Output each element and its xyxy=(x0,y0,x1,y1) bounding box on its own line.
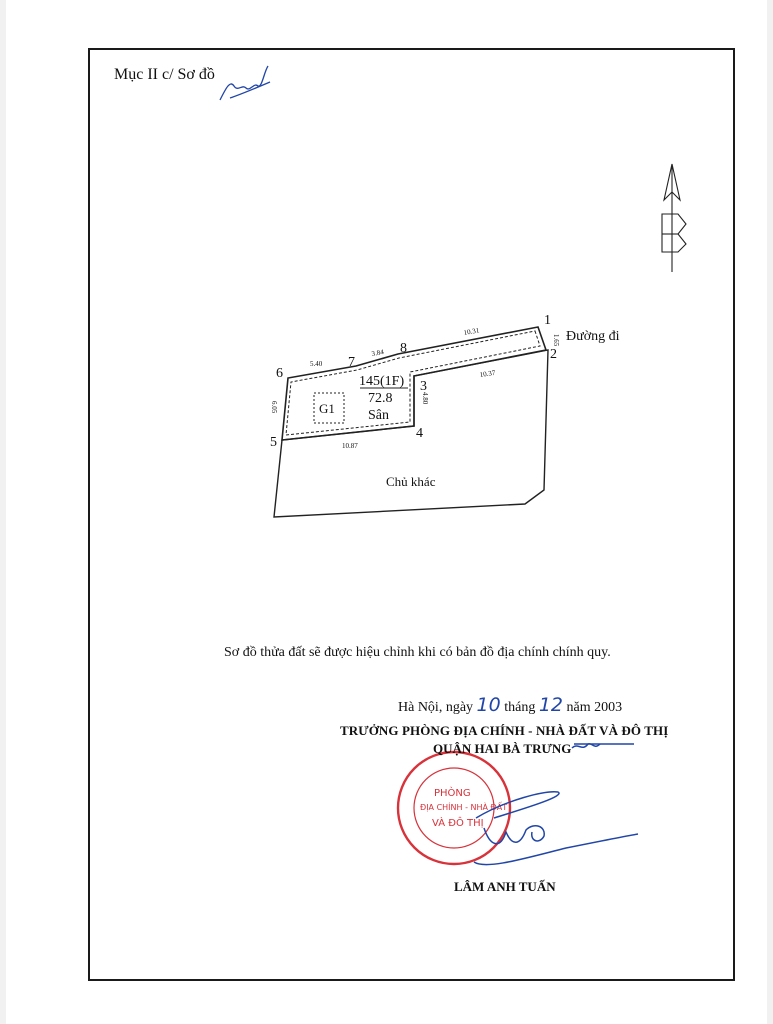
plot-diagram: 1 2 3 4 5 6 7 8 10.31 1.65 10.37 4.80 10… xyxy=(6,0,773,1024)
svg-text:Đường đi: Đường đi xyxy=(566,329,620,344)
svg-text:6: 6 xyxy=(276,366,283,381)
svg-text:2: 2 xyxy=(550,347,557,362)
official-stamp: PHÒNG ĐỊA CHÍNH - NHÀ ĐẤT VÀ ĐÔ THỊ xyxy=(398,752,510,864)
svg-text:4: 4 xyxy=(416,426,423,441)
date-year: năm 2003 xyxy=(567,700,623,715)
svg-text:1: 1 xyxy=(544,313,551,328)
neighbor-parcel xyxy=(274,350,548,517)
svg-text:5.40: 5.40 xyxy=(310,360,323,368)
authority-title: TRƯỞNG PHÒNG ĐỊA CHÍNH - NHÀ ĐẤT VÀ ĐÔ T… xyxy=(340,723,668,739)
svg-text:10.37: 10.37 xyxy=(479,369,496,379)
svg-text:6.05: 6.05 xyxy=(270,401,278,414)
date-line: Hà Nội, ngày 10 tháng 12 năm 2003 xyxy=(398,694,622,716)
north-arrow-icon xyxy=(662,164,686,272)
svg-text:ĐỊA CHÍNH - NHÀ ĐẤT: ĐỊA CHÍNH - NHÀ ĐẤT xyxy=(420,801,507,813)
authority-district: QUẬN HAI BÀ TRƯNG xyxy=(433,741,571,757)
svg-text:72.8: 72.8 xyxy=(368,391,393,406)
subject-parcel xyxy=(282,327,546,440)
initial-signature xyxy=(220,66,270,100)
svg-text:5: 5 xyxy=(270,435,277,450)
svg-text:4.80: 4.80 xyxy=(421,392,429,405)
svg-text:10.87: 10.87 xyxy=(342,442,358,450)
svg-text:145(1F): 145(1F) xyxy=(359,374,404,389)
svg-text:G1: G1 xyxy=(319,401,335,416)
date-month: 12 xyxy=(539,694,563,716)
svg-text:Sân: Sân xyxy=(368,408,389,423)
svg-text:10.31: 10.31 xyxy=(463,326,480,337)
svg-text:VÀ ĐÔ THỊ: VÀ ĐÔ THỊ xyxy=(432,816,484,829)
document-page: Mục II c/ Sơ đồ 1 2 3 4 5 6 7 8 xyxy=(6,0,767,1024)
note-text: Sơ đồ thửa đất sẽ được hiệu chỉnh khi có… xyxy=(224,645,611,661)
date-month-label: tháng xyxy=(504,700,535,715)
svg-text:3.84: 3.84 xyxy=(371,348,385,358)
signer-name: LÂM ANH TUẤN xyxy=(454,879,556,895)
svg-text:1.65: 1.65 xyxy=(552,334,560,347)
svg-text:8: 8 xyxy=(400,341,407,356)
svg-text:PHÒNG: PHÒNG xyxy=(434,786,471,799)
date-day: 10 xyxy=(477,694,501,716)
svg-text:7: 7 xyxy=(348,355,355,370)
date-prefix: Hà Nội, ngày xyxy=(398,700,473,715)
svg-text:Chủ khác: Chủ khác xyxy=(386,474,436,489)
